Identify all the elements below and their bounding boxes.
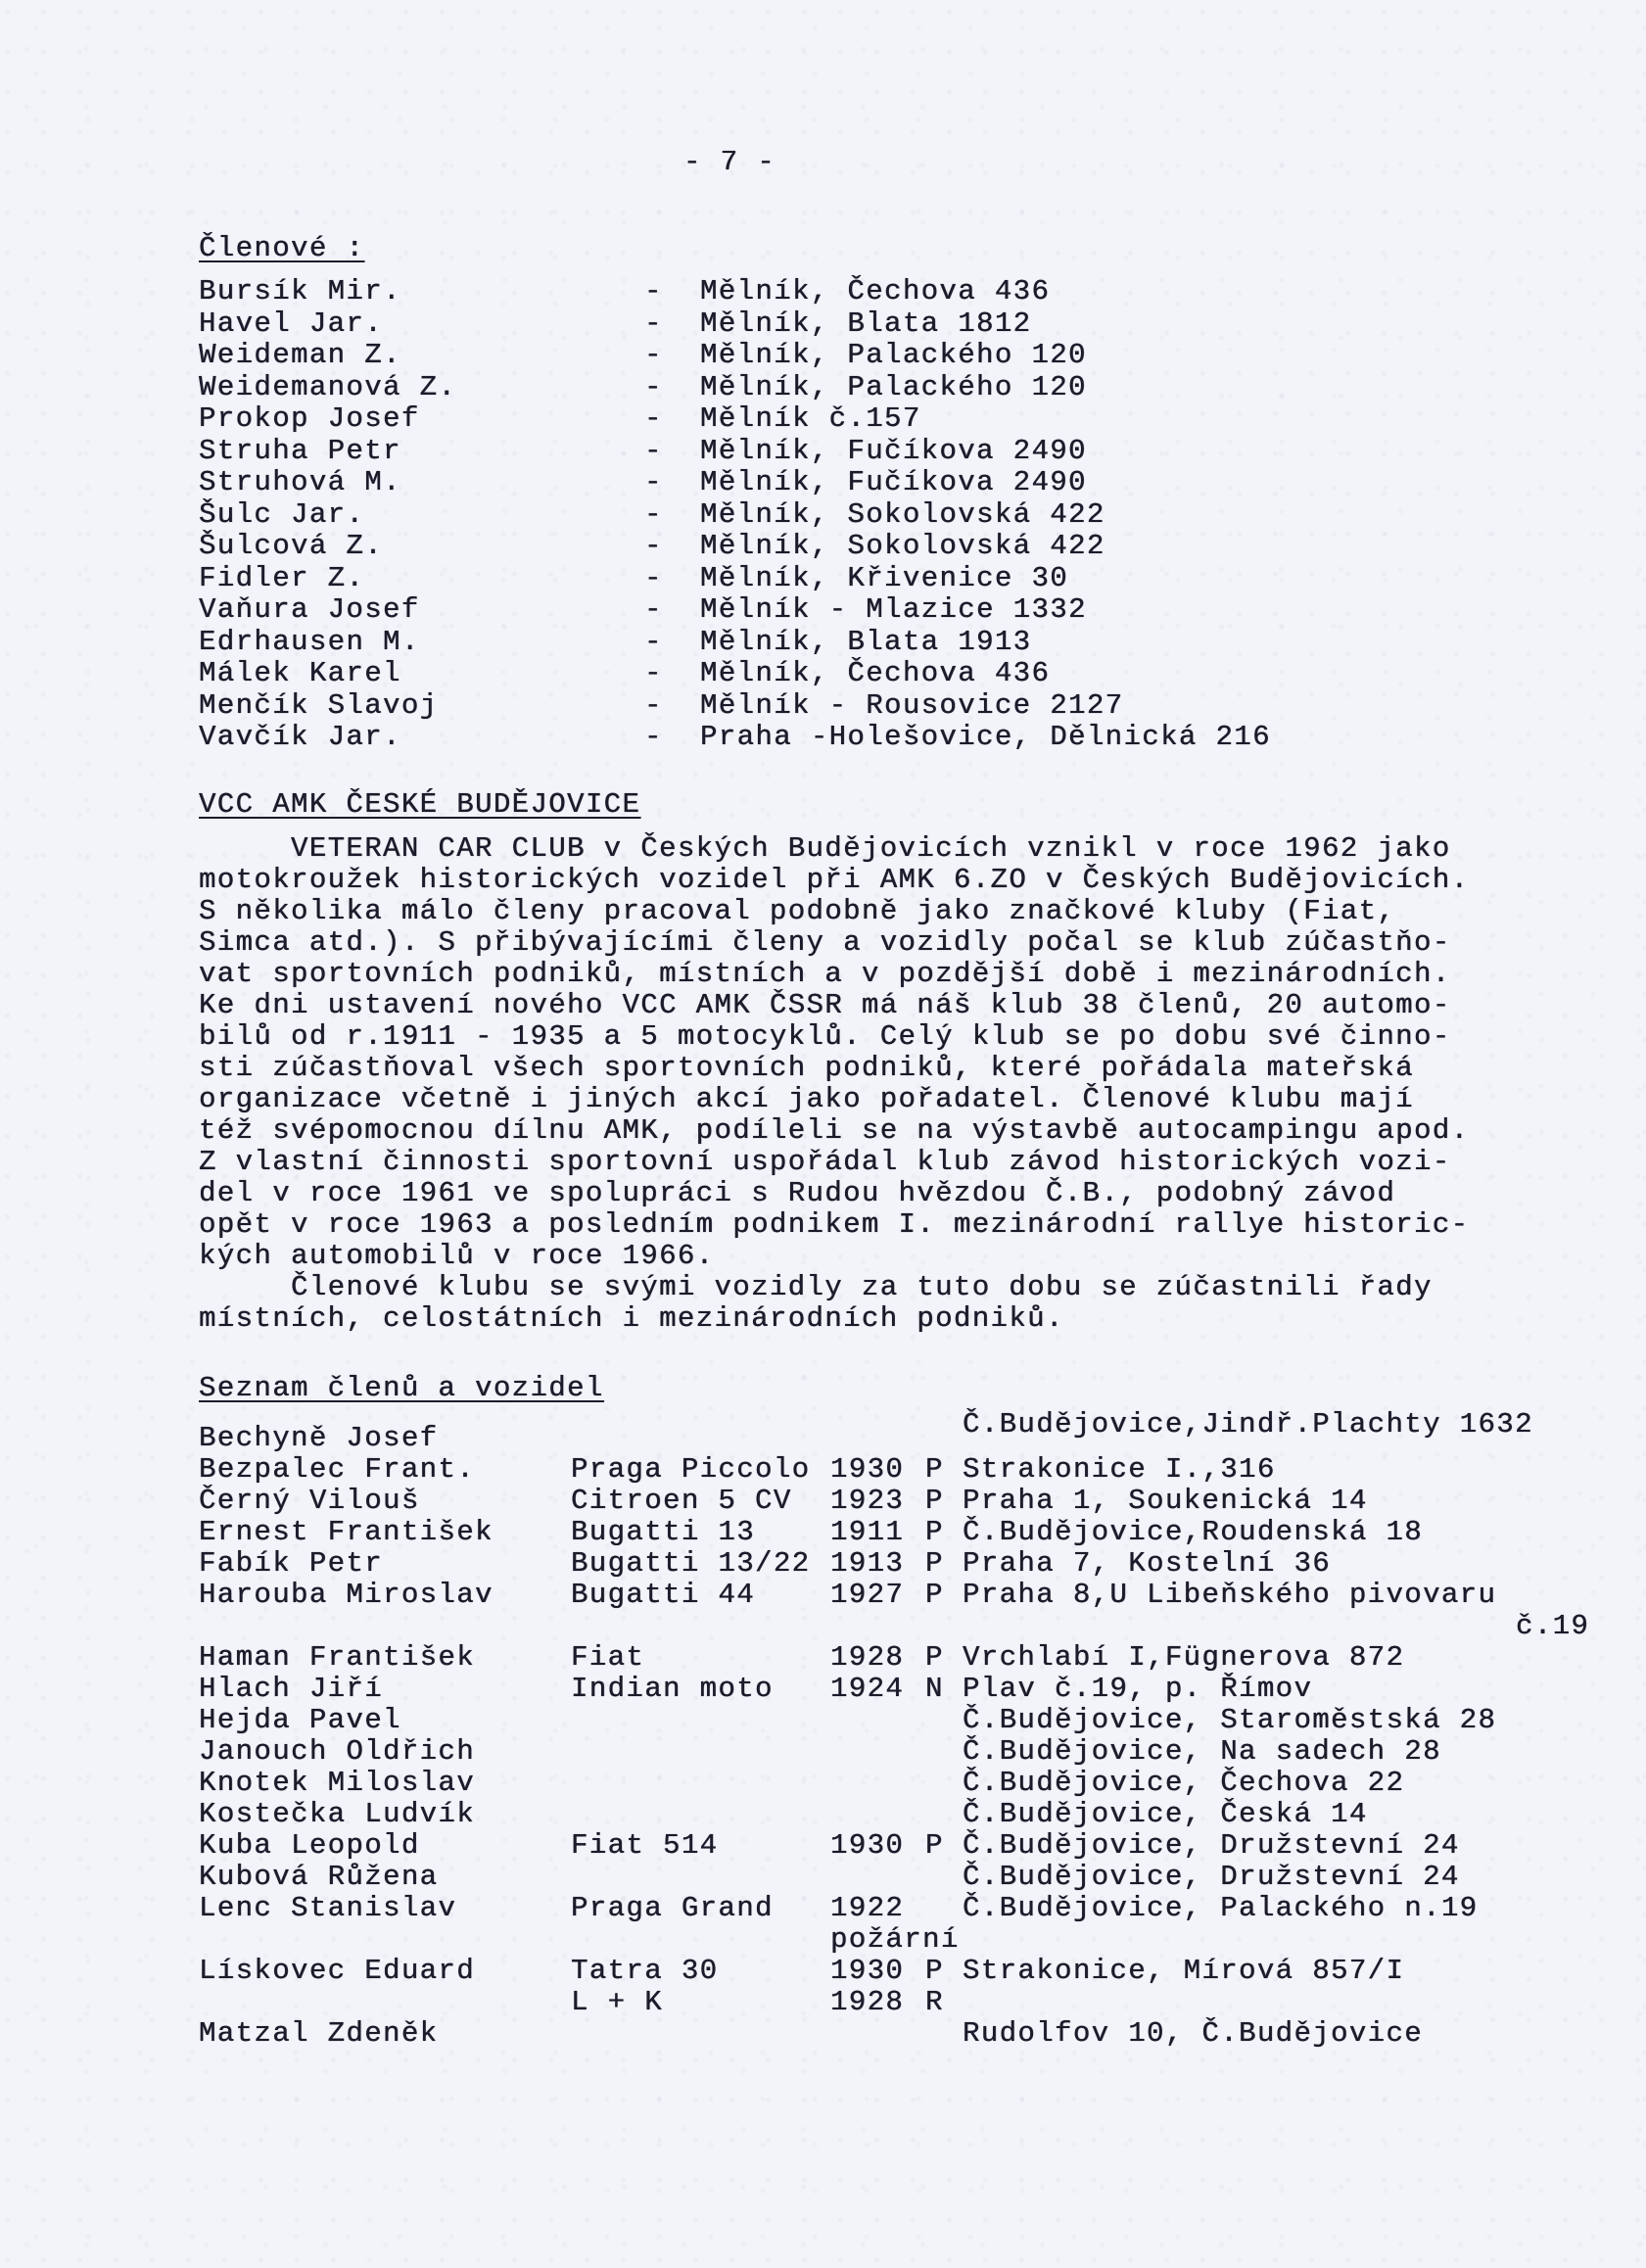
member-name: Knotek Miloslav xyxy=(199,1768,475,1799)
paragraph-line: kých automobilů v roce 1966. xyxy=(199,1241,1469,1272)
member-name: Weideman Z. xyxy=(199,340,401,372)
paragraph-line: motokroužek historických vozidel při AMK… xyxy=(199,865,1469,896)
vehicle-class: P xyxy=(925,1830,944,1862)
vehicle-class: P xyxy=(925,1642,944,1674)
vehicle-year: 1924 xyxy=(830,1674,904,1705)
member-name: Kuba Leopold xyxy=(199,1830,420,1862)
member-address: Vrchlabí I,Fügnerova 872 xyxy=(963,1642,1404,1674)
separator-dash: - xyxy=(644,372,663,404)
member-name: Málek Karel xyxy=(199,658,401,690)
paragraph-line: bilů od r.1911 - 1935 a 5 motocyklů. Cel… xyxy=(199,1021,1469,1053)
paragraph-line: Ke dni ustavení nového VCC AMK ČSSR má n… xyxy=(199,990,1469,1021)
vehicle-year: 1928 xyxy=(830,1987,904,2018)
paragraph-line: S několika málo členy pracoval podobně j… xyxy=(199,896,1469,927)
vehicle-model: Bugatti 13/22 xyxy=(571,1548,810,1580)
member-address: Č.Budějovice,Roudenská 18 xyxy=(963,1517,1423,1548)
member-address: Plav č.19, p. Římov xyxy=(963,1674,1312,1705)
member-name: Edrhausen M. xyxy=(199,627,420,659)
vehicle-model: L + K xyxy=(571,1987,663,2018)
vehicle-model: Citroen 5 CV xyxy=(571,1486,792,1517)
vehicle-class: P xyxy=(925,1517,944,1548)
member-name: Lískovec Eduard xyxy=(199,1956,475,1987)
member-name: Bechyně Josef xyxy=(199,1423,438,1454)
member-name: Harouba Miroslav xyxy=(199,1580,494,1611)
member-name: Vaňura Josef xyxy=(199,594,420,627)
member-name: Bezpalec Frant. xyxy=(199,1454,475,1486)
vehicle-class: P xyxy=(925,1454,944,1486)
member-address: Strakonice, Mírová 857/I xyxy=(963,1956,1404,1987)
members-heading: Členové : xyxy=(199,233,364,265)
member-address: Mělník - Mlazice 1332 xyxy=(700,594,1087,627)
member-address: Mělník, Čechova 436 xyxy=(700,276,1050,308)
vehicle-model: Fiat xyxy=(571,1642,644,1674)
separator-dash: - xyxy=(644,276,663,308)
club-heading: VCC AMK ČESKÉ BUDĚJOVICE xyxy=(199,789,640,822)
paragraph-line: vat sportovních podniků, místních a v po… xyxy=(199,959,1469,990)
vehicle-year: 1913 xyxy=(830,1548,904,1580)
member-address: Mělník č.157 xyxy=(700,403,921,436)
club-paragraph: VETERAN CAR CLUB v Českých Budějovicích … xyxy=(199,833,1469,1335)
member-name: Lenc Stanislav xyxy=(199,1893,456,1924)
separator-dash: - xyxy=(644,403,663,436)
separator-dash: - xyxy=(644,722,663,754)
separator-dash: - xyxy=(644,690,663,723)
vehicle-year: 1930 xyxy=(830,1830,904,1862)
member-name: Šulc Jar. xyxy=(199,499,364,532)
vehicle-year: 1930 xyxy=(830,1454,904,1486)
separator-dash: - xyxy=(644,340,663,372)
vehicle-model: Bugatti 44 xyxy=(571,1580,755,1611)
vehicle-model: Fiat 514 xyxy=(571,1830,718,1862)
vehicle-class: P xyxy=(925,1548,944,1580)
member-address: Rudolfov 10, Č.Budějovice xyxy=(963,2018,1423,2050)
member-name: Hejda Pavel xyxy=(199,1705,401,1736)
member-address: Praha -Holešovice, Dělnická 216 xyxy=(700,722,1271,754)
member-address: Strakonice I.,316 xyxy=(963,1454,1276,1486)
member-address: Č.Budějovice, Družstevní 24 xyxy=(963,1862,1460,1893)
paragraph-line: Simca atd.). S přibývajícími členy a voz… xyxy=(199,927,1469,959)
member-address: Č.Budějovice, Družstevní 24 xyxy=(963,1830,1460,1862)
vehicle-class: P xyxy=(925,1956,944,1987)
member-address: Č.Budějovice, Staroměstská 28 xyxy=(963,1705,1496,1736)
member-name: Bursík Mir. xyxy=(199,276,401,308)
member-name: Struha Petr xyxy=(199,436,401,468)
vehicle-model: Indian moto xyxy=(571,1674,774,1705)
member-name: Fabík Petr xyxy=(199,1548,383,1580)
paragraph-line: opět v roce 1963 a posledním podnikem I.… xyxy=(199,1209,1469,1241)
vehicle-model: Praga Grand xyxy=(571,1893,774,1924)
separator-dash: - xyxy=(644,563,663,595)
member-name: Hlach Jiří xyxy=(199,1674,383,1705)
member-name: Prokop Josef xyxy=(199,403,420,436)
vehicle-year: 1911 xyxy=(830,1517,904,1548)
separator-dash: - xyxy=(644,436,663,468)
member-name: Šulcová Z. xyxy=(199,531,383,563)
paragraph-line: del v roce 1961 ve spolupráci s Rudou hv… xyxy=(199,1178,1469,1209)
member-name: Ernest František xyxy=(199,1517,494,1548)
vehicle-model: Praga Piccolo xyxy=(571,1454,810,1486)
paragraph-line: sti zúčastňoval všech sportovních podnik… xyxy=(199,1053,1469,1084)
member-name: Weidemanová Z. xyxy=(199,372,456,404)
member-address: Č.Budějovice, Na sadech 28 xyxy=(963,1736,1441,1768)
vehicle-class: P xyxy=(925,1580,944,1611)
member-address: Č.Budějovice, Palackého n.19 xyxy=(963,1893,1478,1924)
vehicle-year: 1922 xyxy=(830,1893,904,1924)
member-address: Mělník, Sokolovská 422 xyxy=(700,499,1105,532)
member-name: Struhová M. xyxy=(199,467,401,499)
member-address: Praha 8,U Libeňského pivovaru xyxy=(963,1580,1496,1611)
member-address: Mělník, Čechova 436 xyxy=(700,658,1050,690)
list-heading: Seznam členů a vozidel xyxy=(199,1373,604,1405)
member-address: Mělník, Fučíkova 2490 xyxy=(700,436,1087,468)
separator-dash: - xyxy=(644,499,663,532)
member-address: Mělník, Křivenice 30 xyxy=(700,563,1068,595)
member-name: Vavčík Jar. xyxy=(199,722,401,754)
member-address: č.19 xyxy=(1516,1611,1589,1642)
separator-dash: - xyxy=(644,658,663,690)
member-address: Č.Budějovice, Čechova 22 xyxy=(963,1768,1404,1799)
member-address: Mělník, Palackého 120 xyxy=(700,372,1087,404)
vehicle-class: P xyxy=(925,1486,944,1517)
member-name: Fidler Z. xyxy=(199,563,364,595)
member-name: Matzal Zdeněk xyxy=(199,2018,438,2050)
vehicle-class: N xyxy=(925,1674,944,1705)
member-address: Praha 7, Kostelní 36 xyxy=(963,1548,1331,1580)
paragraph-line: místních, celostátních i mezinárodních p… xyxy=(199,1303,1469,1335)
vehicle-year: 1930 xyxy=(830,1956,904,1987)
member-name: Kubová Růžena xyxy=(199,1862,438,1893)
page-number: - 7 - xyxy=(0,147,1459,179)
member-address: Mělník, Fučíkova 2490 xyxy=(700,467,1087,499)
separator-dash: - xyxy=(644,467,663,499)
paragraph-line: Z vlastní činnosti sportovní uspořádal k… xyxy=(199,1147,1469,1178)
paragraph-line: organizace včetně i jiných akcí jako poř… xyxy=(199,1084,1469,1115)
paragraph-line: též svépomocnou dílnu AMK, podíleli se n… xyxy=(199,1115,1469,1147)
member-name: Černý Vilouš xyxy=(199,1486,420,1517)
member-address: Praha 1, Soukenická 14 xyxy=(963,1486,1368,1517)
member-address: Č.Budějovice,Jindř.Plachty 1632 xyxy=(963,1409,1533,1441)
member-address: Mělník, Sokolovská 422 xyxy=(700,531,1105,563)
member-name: Kostečka Ludvík xyxy=(199,1799,475,1830)
vehicle-year: 1923 xyxy=(830,1486,904,1517)
separator-dash: - xyxy=(644,531,663,563)
member-address: Mělník, Blata 1913 xyxy=(700,627,1031,659)
vehicle-class: R xyxy=(925,1987,944,2018)
member-name: Haman František xyxy=(199,1642,475,1674)
vehicle-model: Bugatti 13 xyxy=(571,1517,755,1548)
member-name: Janouch Oldřich xyxy=(199,1736,475,1768)
vehicle-year: 1927 xyxy=(830,1580,904,1611)
vehicle-model: Tatra 30 xyxy=(571,1956,718,1987)
separator-dash: - xyxy=(644,308,663,341)
member-name: Menčík Slavoj xyxy=(199,690,438,723)
member-address: Mělník, Blata 1812 xyxy=(700,308,1031,341)
paragraph-line: Členové klubu se svými vozidly za tuto d… xyxy=(199,1272,1469,1303)
vehicle-year: požární xyxy=(830,1924,960,1956)
separator-dash: - xyxy=(644,594,663,627)
member-name: Havel Jar. xyxy=(199,308,383,341)
member-address: Č.Budějovice, Česká 14 xyxy=(963,1799,1368,1830)
paragraph-line: VETERAN CAR CLUB v Českých Budějovicích … xyxy=(199,833,1469,865)
member-address: Mělník, Palackého 120 xyxy=(700,340,1087,372)
separator-dash: - xyxy=(644,627,663,659)
member-address: Mělník - Rousovice 2127 xyxy=(700,690,1123,723)
vehicle-year: 1928 xyxy=(830,1642,904,1674)
